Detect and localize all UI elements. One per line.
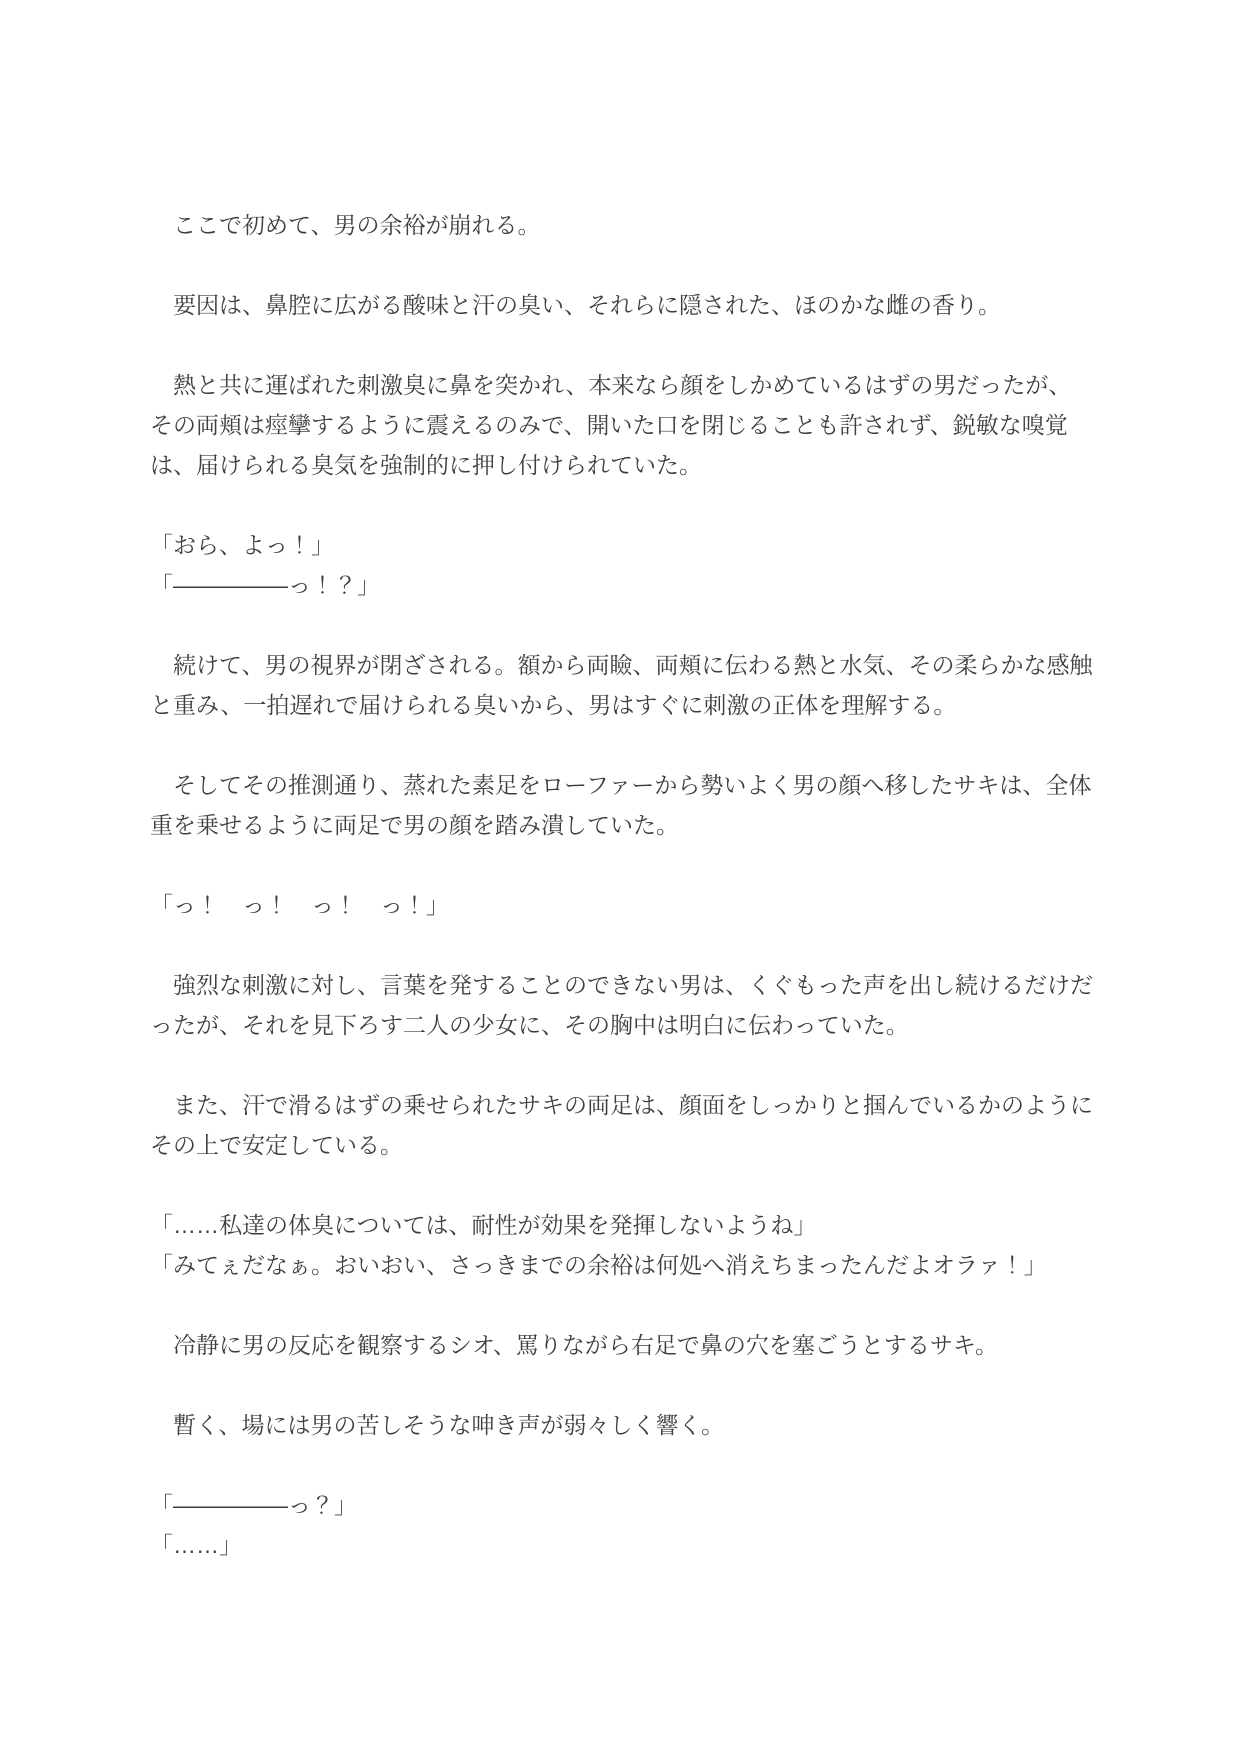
dialogue-line: 「……私達の体臭については、耐性が効果を発揮しないようね」	[150, 1205, 1094, 1245]
paragraph: 続けて、男の視界が閉ざされる。額から両瞼、両頬に伝わる熱と水気、その柔らかな感触…	[150, 645, 1094, 725]
paragraph: 要因は、鼻腔に広がる酸味と汗の臭い、それらに隠された、ほのかな雌の香り。	[150, 285, 1094, 325]
dialogue-line: 「―――――っ？」	[150, 1485, 1094, 1525]
dialogue-line: 「みてぇだなぁ。おいおい、さっきまでの余裕は何処へ消えちまったんだよオラァ！」	[150, 1245, 1094, 1285]
dialogue-line: 「っ！ っ！ っ！ っ！」	[150, 885, 1094, 925]
paragraph: 強烈な刺激に対し、言葉を発することのできない男は、くぐもった声を出し続けるだけだ…	[150, 965, 1094, 1045]
paragraph: 暫く、場には男の苦しそうな呻き声が弱々しく響く。	[150, 1405, 1094, 1445]
dialogue-line: 「―――――っ！？」	[150, 565, 1094, 605]
dialogue-line: 「……」	[150, 1525, 1094, 1565]
paragraph: 熱と共に運ばれた刺激臭に鼻を突かれ、本来なら顔をしかめているはずの男だったが、そ…	[150, 365, 1094, 485]
novel-page: ここで初めて、男の余裕が崩れる。 要因は、鼻腔に広がる酸味と汗の臭い、それらに隠…	[0, 0, 1241, 1754]
dialogue-line: 「おら、よっ！」	[150, 525, 1094, 565]
paragraph: また、汗で滑るはずの乗せられたサキの両足は、顔面をしっかりと掴んでいるかのように…	[150, 1085, 1094, 1165]
paragraph: ここで初めて、男の余裕が崩れる。	[150, 205, 1094, 245]
paragraph: 冷静に男の反応を観察するシオ、罵りながら右足で鼻の穴を塞ごうとするサキ。	[150, 1325, 1094, 1365]
paragraph: そしてその推測通り、蒸れた素足をローファーから勢いよく男の顔へ移したサキは、全体…	[150, 765, 1094, 845]
